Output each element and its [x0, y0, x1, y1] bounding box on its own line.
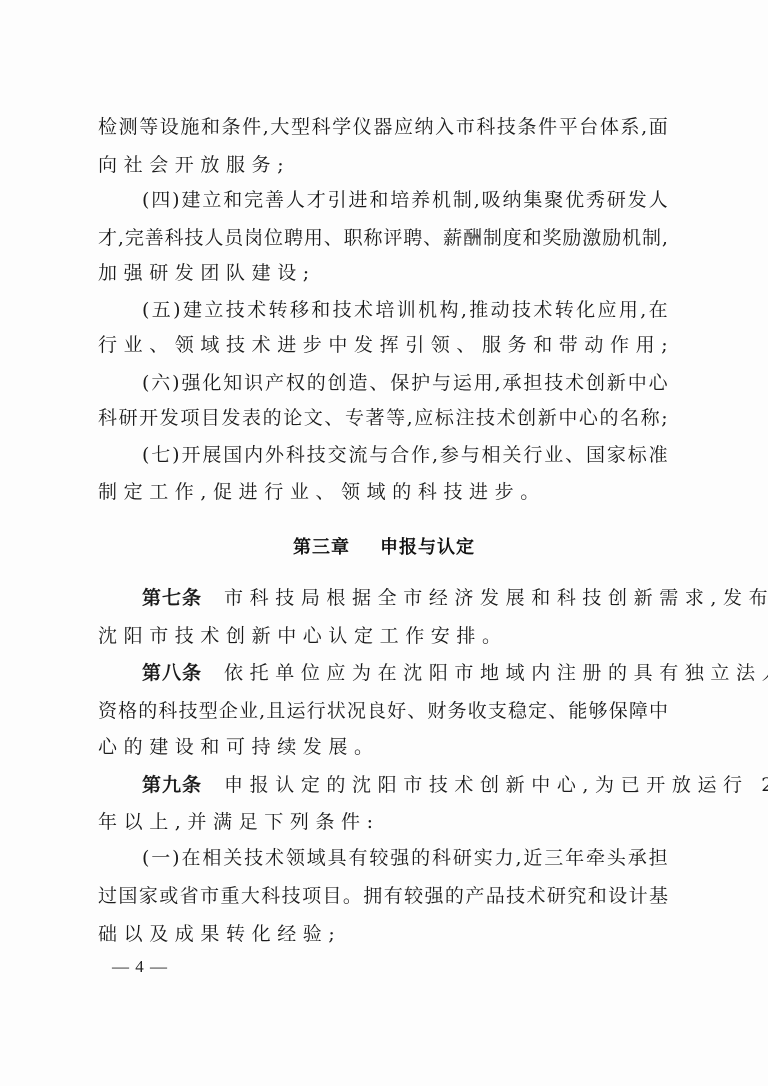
- article-7-text: 市科技局根据全市经济发展和科技创新需求,发布: [224, 587, 768, 609]
- clause-6-line-1: (六)强化知识产权的创造、保护与运用,承担技术创新中心: [142, 368, 668, 398]
- clause-4-line-2: 才,完善科技人员岗位聘用、职称评聘、薪酬制度和奖励激励机制,: [98, 223, 668, 253]
- clause-5-line-2: 行业、领域技术进步中发挥引领、服务和带动作用;: [98, 330, 668, 360]
- condition-1-line-2: 过国家或省市重大科技项目。拥有较强的产品技术研究和设计基: [98, 881, 668, 911]
- clause-7-line-1: (七)开展国内外科技交流与合作,参与相关行业、国家标准: [142, 440, 668, 470]
- article-9-heading: 第九条: [142, 774, 202, 796]
- article-9-line-2: 年以上,并满足下列条件:: [98, 807, 668, 837]
- article-8-line-3: 心的建设和可持续发展。: [98, 732, 668, 762]
- article-7-line-1: 第七条市科技局根据全市经济发展和科技创新需求,发布: [142, 583, 668, 613]
- paragraph-line: 检测等设施和条件,大型科学仪器应纳入市科技条件平台体系,面: [98, 112, 668, 142]
- article-7-heading: 第七条: [142, 587, 202, 609]
- article-7-line-2: 沈阳市技术创新中心认定工作安排。: [98, 621, 668, 651]
- clause-7-line-2: 制定工作,促进行业、领域的科技进步。: [98, 477, 668, 507]
- article-8-line-1: 第八条依托单位应为在沈阳市地域内注册的具有独立法人: [142, 658, 668, 688]
- chapter-number: 第三章: [293, 537, 350, 558]
- clause-5-line-1: (五)建立技术转移和技术培训机构,推动技术转化应用,在: [142, 295, 668, 325]
- chapter-heading: 第三章申报与认定: [0, 533, 768, 563]
- chapter-title: 申报与认定: [380, 537, 475, 558]
- paragraph-line: 向社会开放服务;: [98, 150, 668, 180]
- document-page: 检测等设施和条件,大型科学仪器应纳入市科技条件平台体系,面 向社会开放服务; (…: [0, 0, 768, 1086]
- condition-1-line-3: 础以及成果转化经验;: [98, 919, 668, 949]
- article-9-line-1: 第九条申报认定的沈阳市技术创新中心,为已开放运行 2: [142, 770, 668, 800]
- article-8-heading: 第八条: [142, 662, 202, 684]
- article-9-text: 申报认定的沈阳市技术创新中心,为已开放运行 2: [224, 774, 768, 796]
- condition-1-line-1: (一)在相关技术领域具有较强的科研实力,近三年牵头承担: [142, 843, 668, 873]
- clause-6-line-2: 科研开发项目发表的论文、专著等,应标注技术创新中心的名称;: [98, 403, 668, 433]
- article-8-line-2: 资格的科技型企业,且运行状况良好、财务收支稳定、能够保障中: [98, 696, 668, 726]
- article-8-text: 依托单位应为在沈阳市地域内注册的具有独立法人: [224, 662, 768, 684]
- clause-4-line-1: (四)建立和完善人才引进和培养机制,吸纳集聚优秀研发人: [142, 185, 668, 215]
- clause-4-line-3: 加强研发团队建设;: [98, 258, 668, 288]
- page-number: — 4 —: [112, 952, 168, 982]
